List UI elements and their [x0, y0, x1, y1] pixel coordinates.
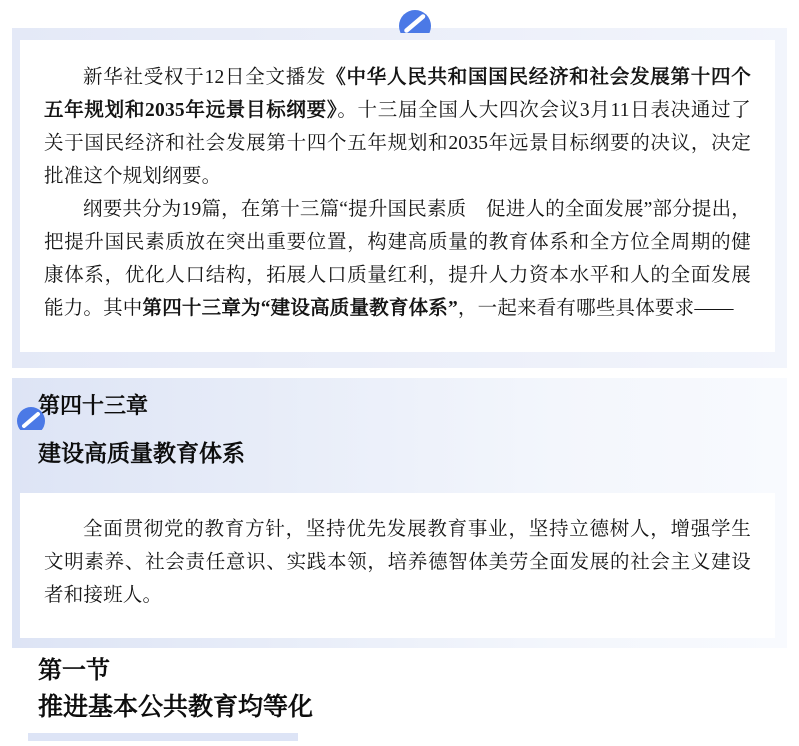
- intro-p1-text: 新华社受权于12日全文播发: [83, 67, 326, 88]
- chapter-label: 第四十三章: [38, 395, 148, 417]
- chapter-paragraph: 全面贯彻党的教育方针，坚持优先发展教育事业，坚持立德树人，增强学生文明素养、社会…: [44, 513, 751, 612]
- intro-paragraph-1: 新华社受权于12日全文播发《中华人民共和国国民经济和社会发展第十四个五年规划和2…: [44, 61, 751, 193]
- chapter-card: 全面贯彻党的教育方针，坚持优先发展教育事业，坚持立德树人，增强学生文明素养、社会…: [20, 493, 775, 638]
- article-page: { "colors": { "badge_blue": "#4b79e6", "…: [0, 0, 799, 746]
- intro-card: 新华社受权于12日全文播发《中华人民共和国国民经济和社会发展第十四个五年规划和2…: [20, 40, 775, 352]
- intro-p2-text-2: ，一起来看有哪些具体要求——: [458, 298, 734, 319]
- section-title: 推进基本公共教育均等化: [38, 695, 313, 720]
- pencil-icon: [17, 407, 45, 430]
- chapter-ref-bold: 第四十三章为“建设高质量教育体系”: [143, 298, 458, 319]
- chapter-panel: 第四十三章 建设高质量教育体系 全面贯彻党的教育方针，坚持优先发展教育事业，坚持…: [12, 378, 787, 648]
- section-underline-bar: [28, 733, 298, 741]
- intro-paragraph-2: 纲要共分为19篇，在第十三篇“提升国民素质 促进人的全面发展”部分提出，把提升国…: [44, 193, 751, 325]
- pencil-icon: [398, 10, 432, 33]
- section-label: 第一节: [38, 659, 110, 683]
- intro-panel: 新华社受权于12日全文播发《中华人民共和国国民经济和社会发展第十四个五年规划和2…: [12, 28, 787, 368]
- chapter-title: 建设高质量教育体系: [38, 442, 245, 465]
